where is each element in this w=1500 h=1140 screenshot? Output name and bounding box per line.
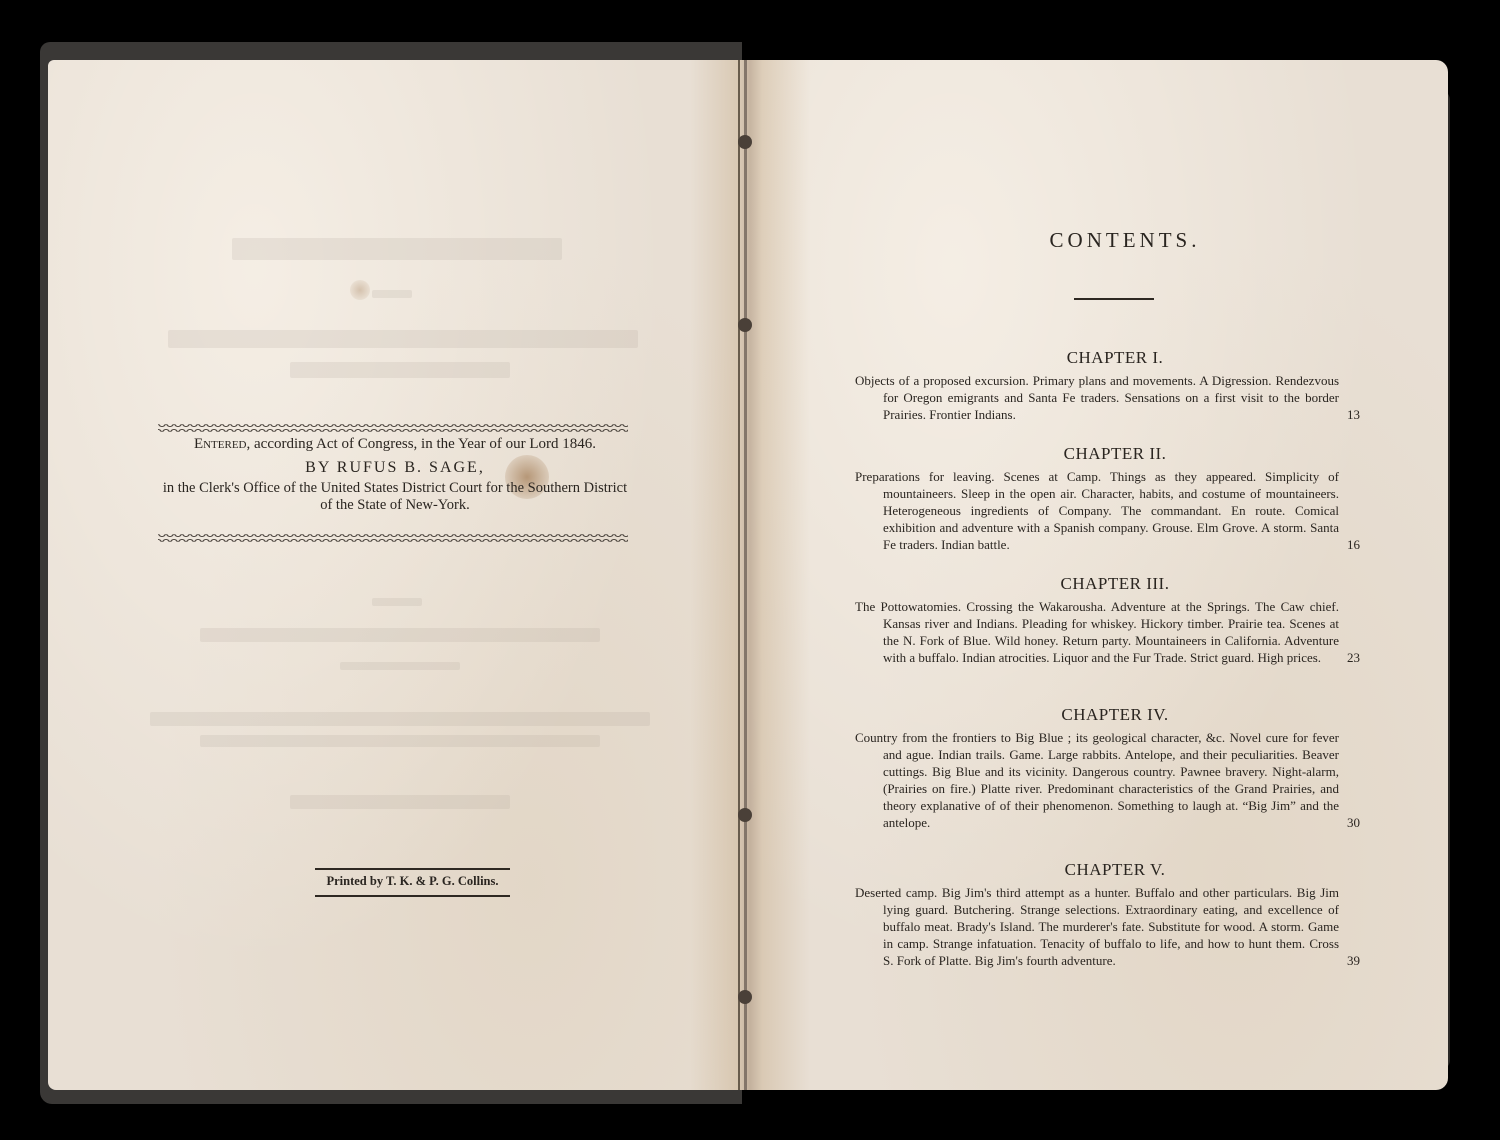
printer-imprint: Printed by T. K. & P. G. Collins. [315, 868, 510, 897]
bleed-through-text [150, 712, 650, 726]
chapter-summary: Objects of a proposed excursion. Primary… [855, 372, 1375, 423]
stitch-icon [738, 808, 752, 822]
chapter-summary: Country from the frontiers to Big Blue ;… [855, 729, 1375, 831]
toc-entry-chapter-5: CHAPTER V. Deserted camp. Big Jim's thir… [855, 860, 1375, 969]
binding-thread [744, 60, 747, 1090]
gutter-water-stain [690, 60, 810, 1090]
chapter-heading: CHAPTER II. [855, 444, 1375, 464]
bleed-through-text [290, 362, 510, 378]
toc-entry-chapter-2: CHAPTER II. Preparations for leaving. Sc… [855, 444, 1375, 553]
office-line-2: of the State of New-York. [140, 497, 650, 514]
title-rule [1074, 298, 1154, 300]
stitch-icon [738, 135, 752, 149]
chapter-summary-text: Deserted camp. Big Jim's third attempt a… [855, 885, 1339, 968]
bleed-through-text [232, 238, 562, 260]
chapter-heading: CHAPTER IV. [855, 705, 1375, 725]
chapter-heading: CHAPTER III. [855, 574, 1375, 594]
toc-entry-chapter-4: CHAPTER IV. Country from the frontiers t… [855, 705, 1375, 831]
ink-stain [350, 280, 370, 300]
chapter-summary: The Pottowatomies. Crossing the Wakarous… [855, 598, 1375, 666]
chapter-summary: Preparations for leaving. Scenes at Camp… [855, 468, 1375, 553]
ornamental-rule-bottom [158, 534, 628, 542]
chapter-summary-text: Country from the frontiers to Big Blue ;… [855, 730, 1339, 830]
entered-text: , according Act of Congress, in the Year… [247, 436, 597, 452]
bleed-through-text [340, 662, 460, 670]
left-page [48, 60, 738, 1090]
page-title: CONTENTS. [1000, 228, 1250, 253]
office-line-1: in the Clerk's Office of the United Stat… [140, 480, 650, 497]
bleed-through-text [290, 795, 510, 809]
toc-entry-chapter-3: CHAPTER III. The Pottowatomies. Crossing… [855, 574, 1375, 666]
entered-label: Entered [194, 436, 247, 452]
chapter-summary-text: Preparations for leaving. Scenes at Camp… [855, 469, 1339, 552]
chapter-summary-text: The Pottowatomies. Crossing the Wakarous… [855, 599, 1339, 665]
ornamental-rule-top [158, 424, 628, 432]
bleed-through-text [372, 598, 422, 606]
entered-line: Entered, according Act of Congress, in t… [140, 434, 650, 454]
stitch-icon [738, 318, 752, 332]
bleed-through-text [168, 330, 638, 348]
stitch-icon [738, 990, 752, 1004]
chapter-heading: CHAPTER V. [855, 860, 1375, 880]
bleed-through-text [372, 290, 412, 298]
chapter-summary: Deserted camp. Big Jim's third attempt a… [855, 884, 1375, 969]
bleed-through-text [200, 735, 600, 747]
bleed-through-text [200, 628, 600, 642]
chapter-heading: CHAPTER I. [855, 348, 1375, 368]
toc-entry-chapter-1: CHAPTER I. Objects of a proposed excursi… [855, 348, 1375, 423]
chapter-summary-text: Objects of a proposed excursion. Primary… [855, 373, 1339, 422]
copyright-notice: Entered, according Act of Congress, in t… [140, 434, 650, 514]
author-line: BY RUFUS B. SAGE, [140, 458, 650, 478]
